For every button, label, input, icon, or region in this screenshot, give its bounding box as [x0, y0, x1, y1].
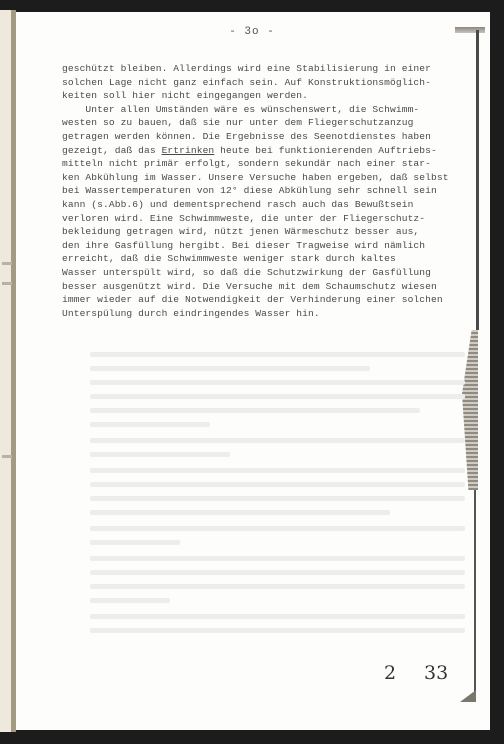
page-header-number: - 3o -: [0, 26, 504, 38]
text-line: verloren wird. Eine Schwimmweste, die un…: [62, 212, 482, 226]
text-line: ken Abkühlung im Wasser. Unsere Versuche…: [62, 171, 482, 185]
text-line: besser ausgenützt wird. Die Versuche mit…: [62, 280, 482, 294]
text-line: solchen Lage nicht ganz einfach sein. Au…: [62, 76, 482, 90]
body-text: geschützt bleiben. Allerdings wird eine …: [62, 62, 482, 320]
text-line: gezeigt, daß das Ertrinken heute bei fun…: [62, 144, 482, 158]
text-fragment: gezeigt, daß das: [62, 145, 162, 156]
text-line: getragen werden können. Die Ergebnisse d…: [62, 130, 482, 144]
underlined-word: Ertrinken: [162, 145, 215, 156]
text-line: westen so zu bauen, daß sie nur unter de…: [62, 116, 482, 130]
text-line: kann (s.Abb.6) und dementsprechend rasch…: [62, 198, 482, 212]
folio-number-left: 2: [384, 662, 396, 684]
binding-mark: [2, 262, 12, 265]
text-line: immer wieder auf die Notwendigkeit der V…: [62, 293, 482, 307]
folio-number-right: 33: [424, 662, 448, 684]
binding-mark: [2, 455, 12, 458]
text-line: bekleidung getragen wird, nützt jenen Wä…: [62, 225, 482, 239]
text-line: Unterspülung durch eindringendes Wasser …: [62, 307, 482, 321]
text-line: geschützt bleiben. Allerdings wird eine …: [62, 62, 482, 76]
text-line: erreicht, daß die Schwimmweste weniger s…: [62, 252, 482, 266]
text-line: den ihre Gasfüllung hergibt. Bei dieser …: [62, 239, 482, 253]
page-edge: [474, 490, 476, 700]
text-fragment: heute bei funktionierenden Auftriebs-: [214, 145, 437, 156]
text-line: mitteln nicht primär erfolgt, sondern se…: [62, 157, 482, 171]
text-line: keiten soll hier nicht eingegangen werde…: [62, 89, 482, 103]
text-line: Wasser unterspült wird, so daß die Schut…: [62, 266, 482, 280]
text-line: Unter allen Umständen wäre es wünschensw…: [62, 103, 482, 117]
binding-mark: [2, 282, 12, 285]
text-line: bei Wassertemperaturen von 12° diese Abk…: [62, 184, 482, 198]
